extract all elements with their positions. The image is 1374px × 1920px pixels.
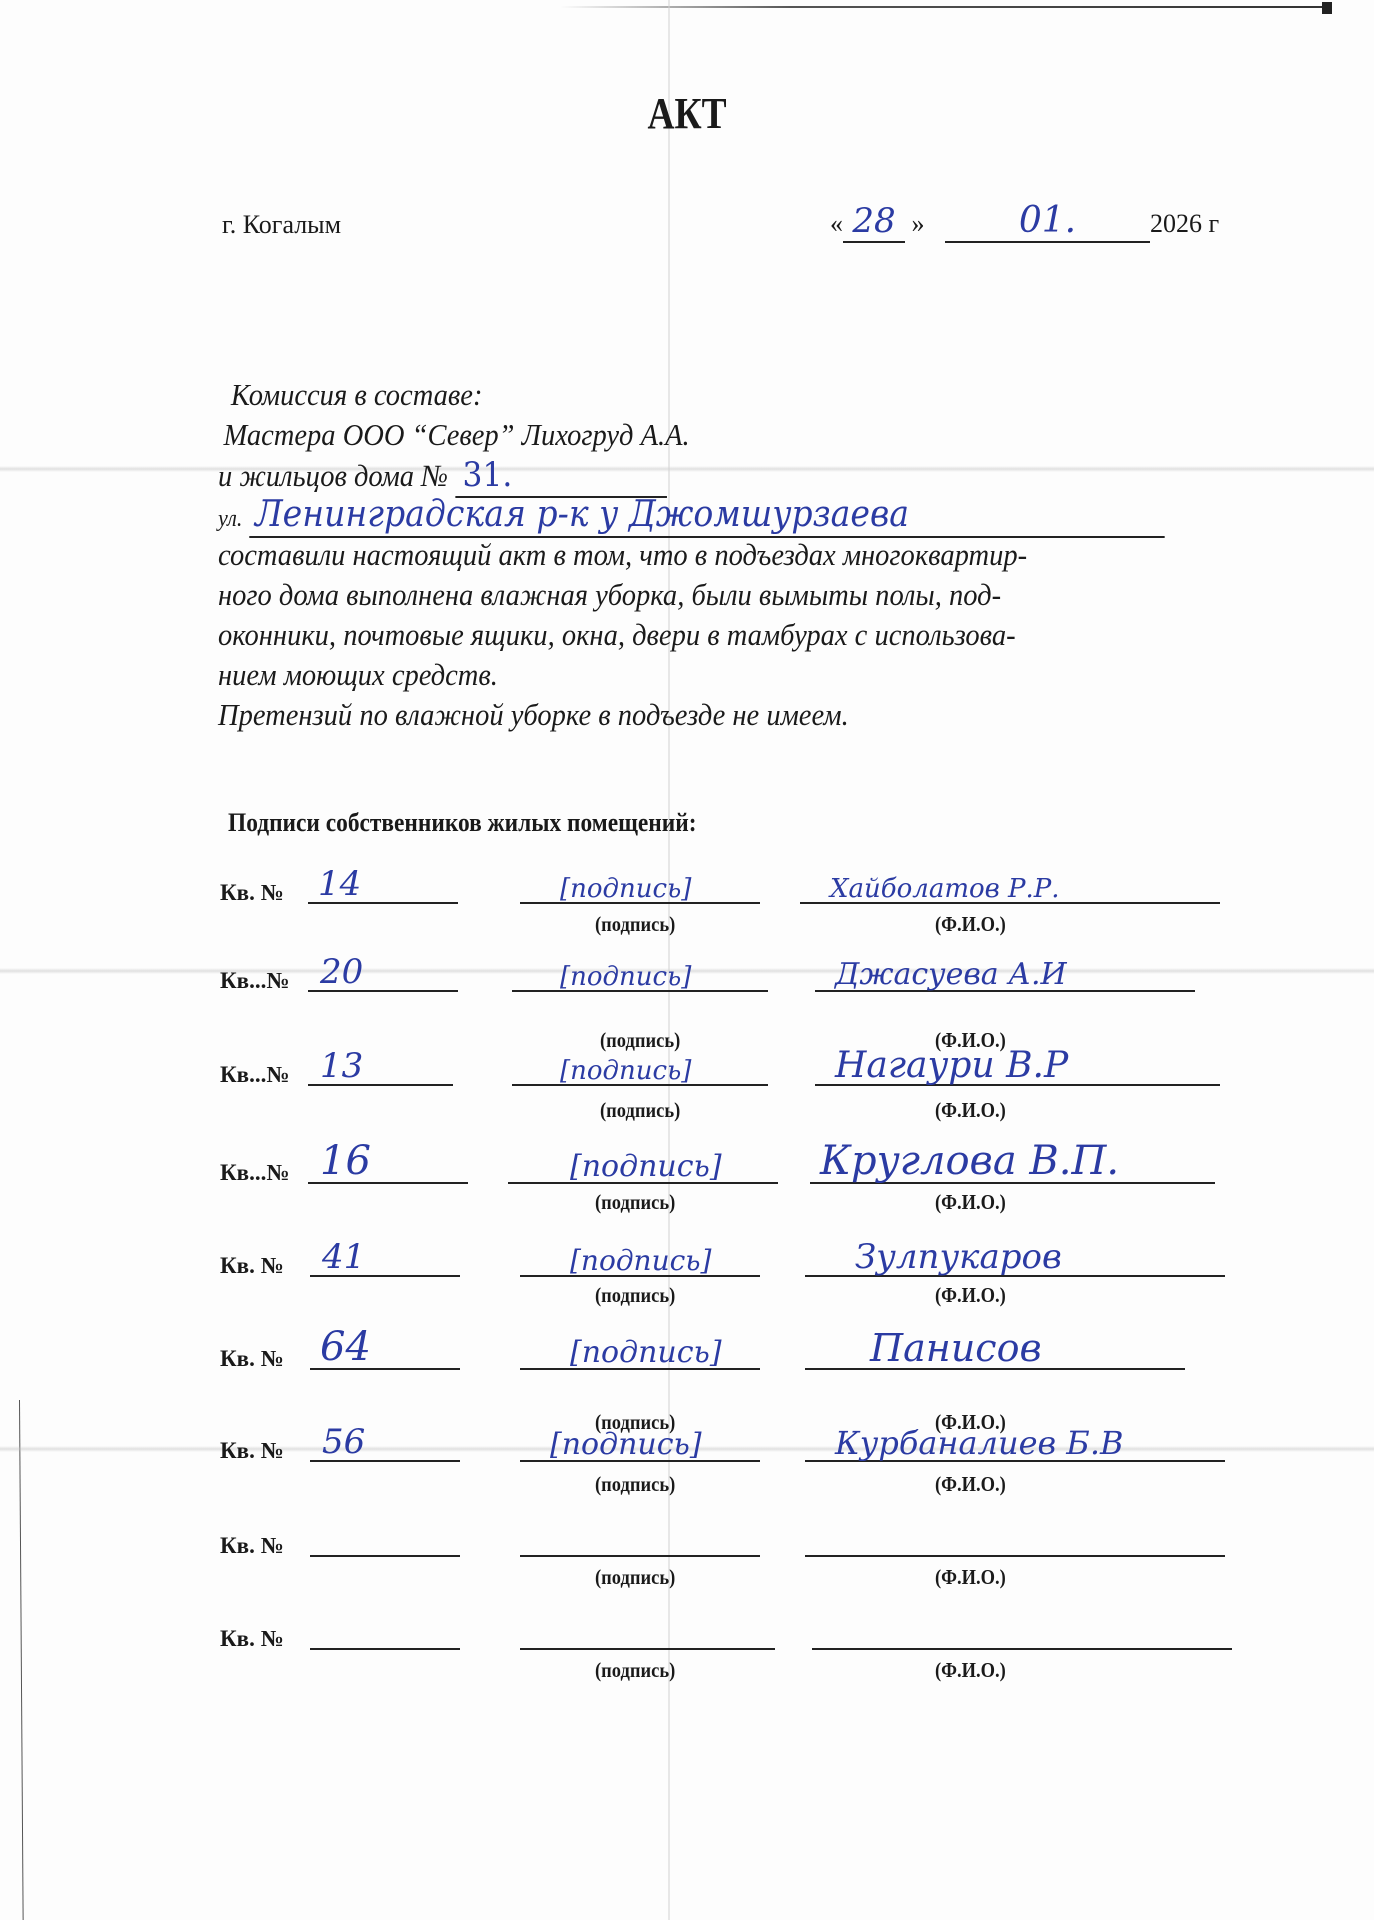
signature-row: Кв. № 14 [подпись] Хайболатов Р.Р. [220,870,1320,910]
signature-value: [подпись] [550,1427,702,1462]
commission-master: Мастера ООО “Север” Лихогруд А.А. [218,415,1230,455]
fio-value: Панисов [870,1326,1042,1370]
signature-value: [подпись] [560,962,691,992]
signature-caption: (подпись) [595,1565,675,1590]
fio-caption: (Ф.И.О.) [935,912,1006,937]
body-line: нием моющих средств. [218,655,1230,695]
commission-heading: Комиссия в составе: [218,375,1230,415]
date-day-value: 28 [852,201,895,241]
claims-statement: Претензий по влажной уборке в подъезде н… [218,695,1230,735]
apartment-label: Кв. № [220,1438,284,1464]
apartment-value: 16 [320,1138,371,1184]
fio-value: Курбаналиев Б.В [835,1424,1124,1462]
date-month-field[interactable]: 01. [945,200,1150,243]
signature-caption: (подпись) [595,912,675,937]
street-line: ул. Ленинградская р-к у Джомшурзаева [218,495,1230,535]
fio-field[interactable] [805,1555,1225,1557]
signature-value: [подпись] [560,1056,691,1086]
signature-row: Кв. № [220,1523,1320,1563]
fio-caption: (Ф.И.О.) [935,1658,1006,1683]
body-line: ного дома выполнена влажная уборка, были… [218,575,1230,615]
date-close-quote: » [912,209,925,238]
apartment-label: Кв. № [220,1346,284,1372]
house-number-value: 31. [455,455,512,495]
fio-caption: (Ф.И.О.) [935,1190,1006,1215]
signature-row: Кв. № [220,1616,1320,1656]
date-year: 2026 г [1150,209,1219,238]
street-field[interactable]: Ленинградская р-к у Джомшурзаева [249,495,1164,538]
paper-top-edge [560,6,1330,8]
signature-caption: (подпись) [595,1472,675,1497]
apartment-value: 13 [320,1046,363,1086]
document-title: АКТ [103,88,1271,139]
signature-value: [подпись] [570,1335,722,1370]
signature-row: Кв. № 41 [подпись] Зулпукаров [220,1243,1320,1283]
signature-caption: (подпись) [600,1028,680,1053]
fio-caption: (Ф.И.О.) [935,1098,1006,1123]
fio-caption: (Ф.И.О.) [935,1565,1006,1590]
signature-caption: (подпись) [600,1098,680,1123]
apartment-value: 14 [318,864,361,904]
fio-value: Джасуева А.И [835,957,1067,992]
signatures-heading: Подписи собственников жилых помещений: [228,808,697,838]
body-line: составили настоящий акт в том, что в под… [218,535,1230,575]
apartment-value: 20 [320,952,363,992]
date-day-field[interactable]: 28 [843,201,905,243]
residents-prefix: и жильцов дома № [218,458,448,493]
body-line: оконники, почтовые ящики, окна, двери в … [218,615,1230,655]
scanned-page: АКТ г. Когалым «28 » 01.2026 г Комиссия … [0,0,1374,1920]
fio-value: Круглова В.П. [820,1138,1119,1184]
apartment-field[interactable] [310,1648,460,1650]
fio-caption: (Ф.И.О.) [935,1472,1006,1497]
fio-value: Нагаури В.Р [835,1045,1068,1086]
apartment-label: Кв...№ [220,1160,289,1186]
paper-corner-shadow [1322,2,1332,14]
street-value: Ленинградская р-к у Джомшурзаева [249,494,909,535]
signature-caption: (подпись) [595,1658,675,1683]
signature-field[interactable] [520,1648,775,1650]
signature-row: Кв...№ 13 [подпись] Нагаури В.Р [220,1052,1320,1092]
apartment-label: Кв. № [220,1626,284,1652]
date-open-quote: « [830,209,843,238]
signature-row: Кв...№ 20 [подпись] Джасуева А.И [220,958,1320,998]
fio-caption: (Ф.И.О.) [935,1283,1006,1308]
signature-value: [подпись] [570,1149,722,1184]
signature-row: Кв. № 56 [подпись] Курбаналиев Б.В [220,1428,1320,1468]
house-number-field[interactable]: 31. [455,455,667,498]
fio-field[interactable] [812,1648,1232,1650]
apartment-field[interactable] [310,1555,460,1557]
apartment-label: Кв. № [220,880,284,906]
city-label: г. Когалым [222,210,341,240]
apartment-value: 41 [322,1237,365,1277]
document-date: «28 » 01.2026 г [830,200,1219,243]
apartment-label: Кв...№ [220,968,289,994]
signature-caption: (подпись) [595,1283,675,1308]
apartment-value: 64 [320,1324,371,1370]
apartment-label: Кв. № [220,1533,284,1559]
signature-row: Кв...№ 16 [подпись] Круглова В.П. [220,1150,1320,1190]
apartment-label: Кв...№ [220,1062,289,1088]
fio-value: Зулпукаров [855,1237,1062,1277]
signature-value: [подпись] [560,874,691,904]
signature-row: Кв. № 64 [подпись] Панисов [220,1336,1320,1376]
paper-left-edge [19,1400,24,1920]
apartment-label: Кв. № [220,1253,284,1279]
fio-value: Хайболатов Р.Р. [830,874,1060,904]
act-body: Комиссия в составе: Мастера ООО “Север” … [218,375,1230,735]
apartment-value: 56 [322,1422,365,1462]
signature-field[interactable] [520,1555,760,1557]
street-prefix: ул. [218,506,242,532]
signature-caption: (подпись) [595,1190,675,1215]
date-month-value: 01. [1019,200,1076,241]
commission-residents-line: и жильцов дома № 31. [218,455,1230,495]
signature-value: [подпись] [570,1244,711,1277]
